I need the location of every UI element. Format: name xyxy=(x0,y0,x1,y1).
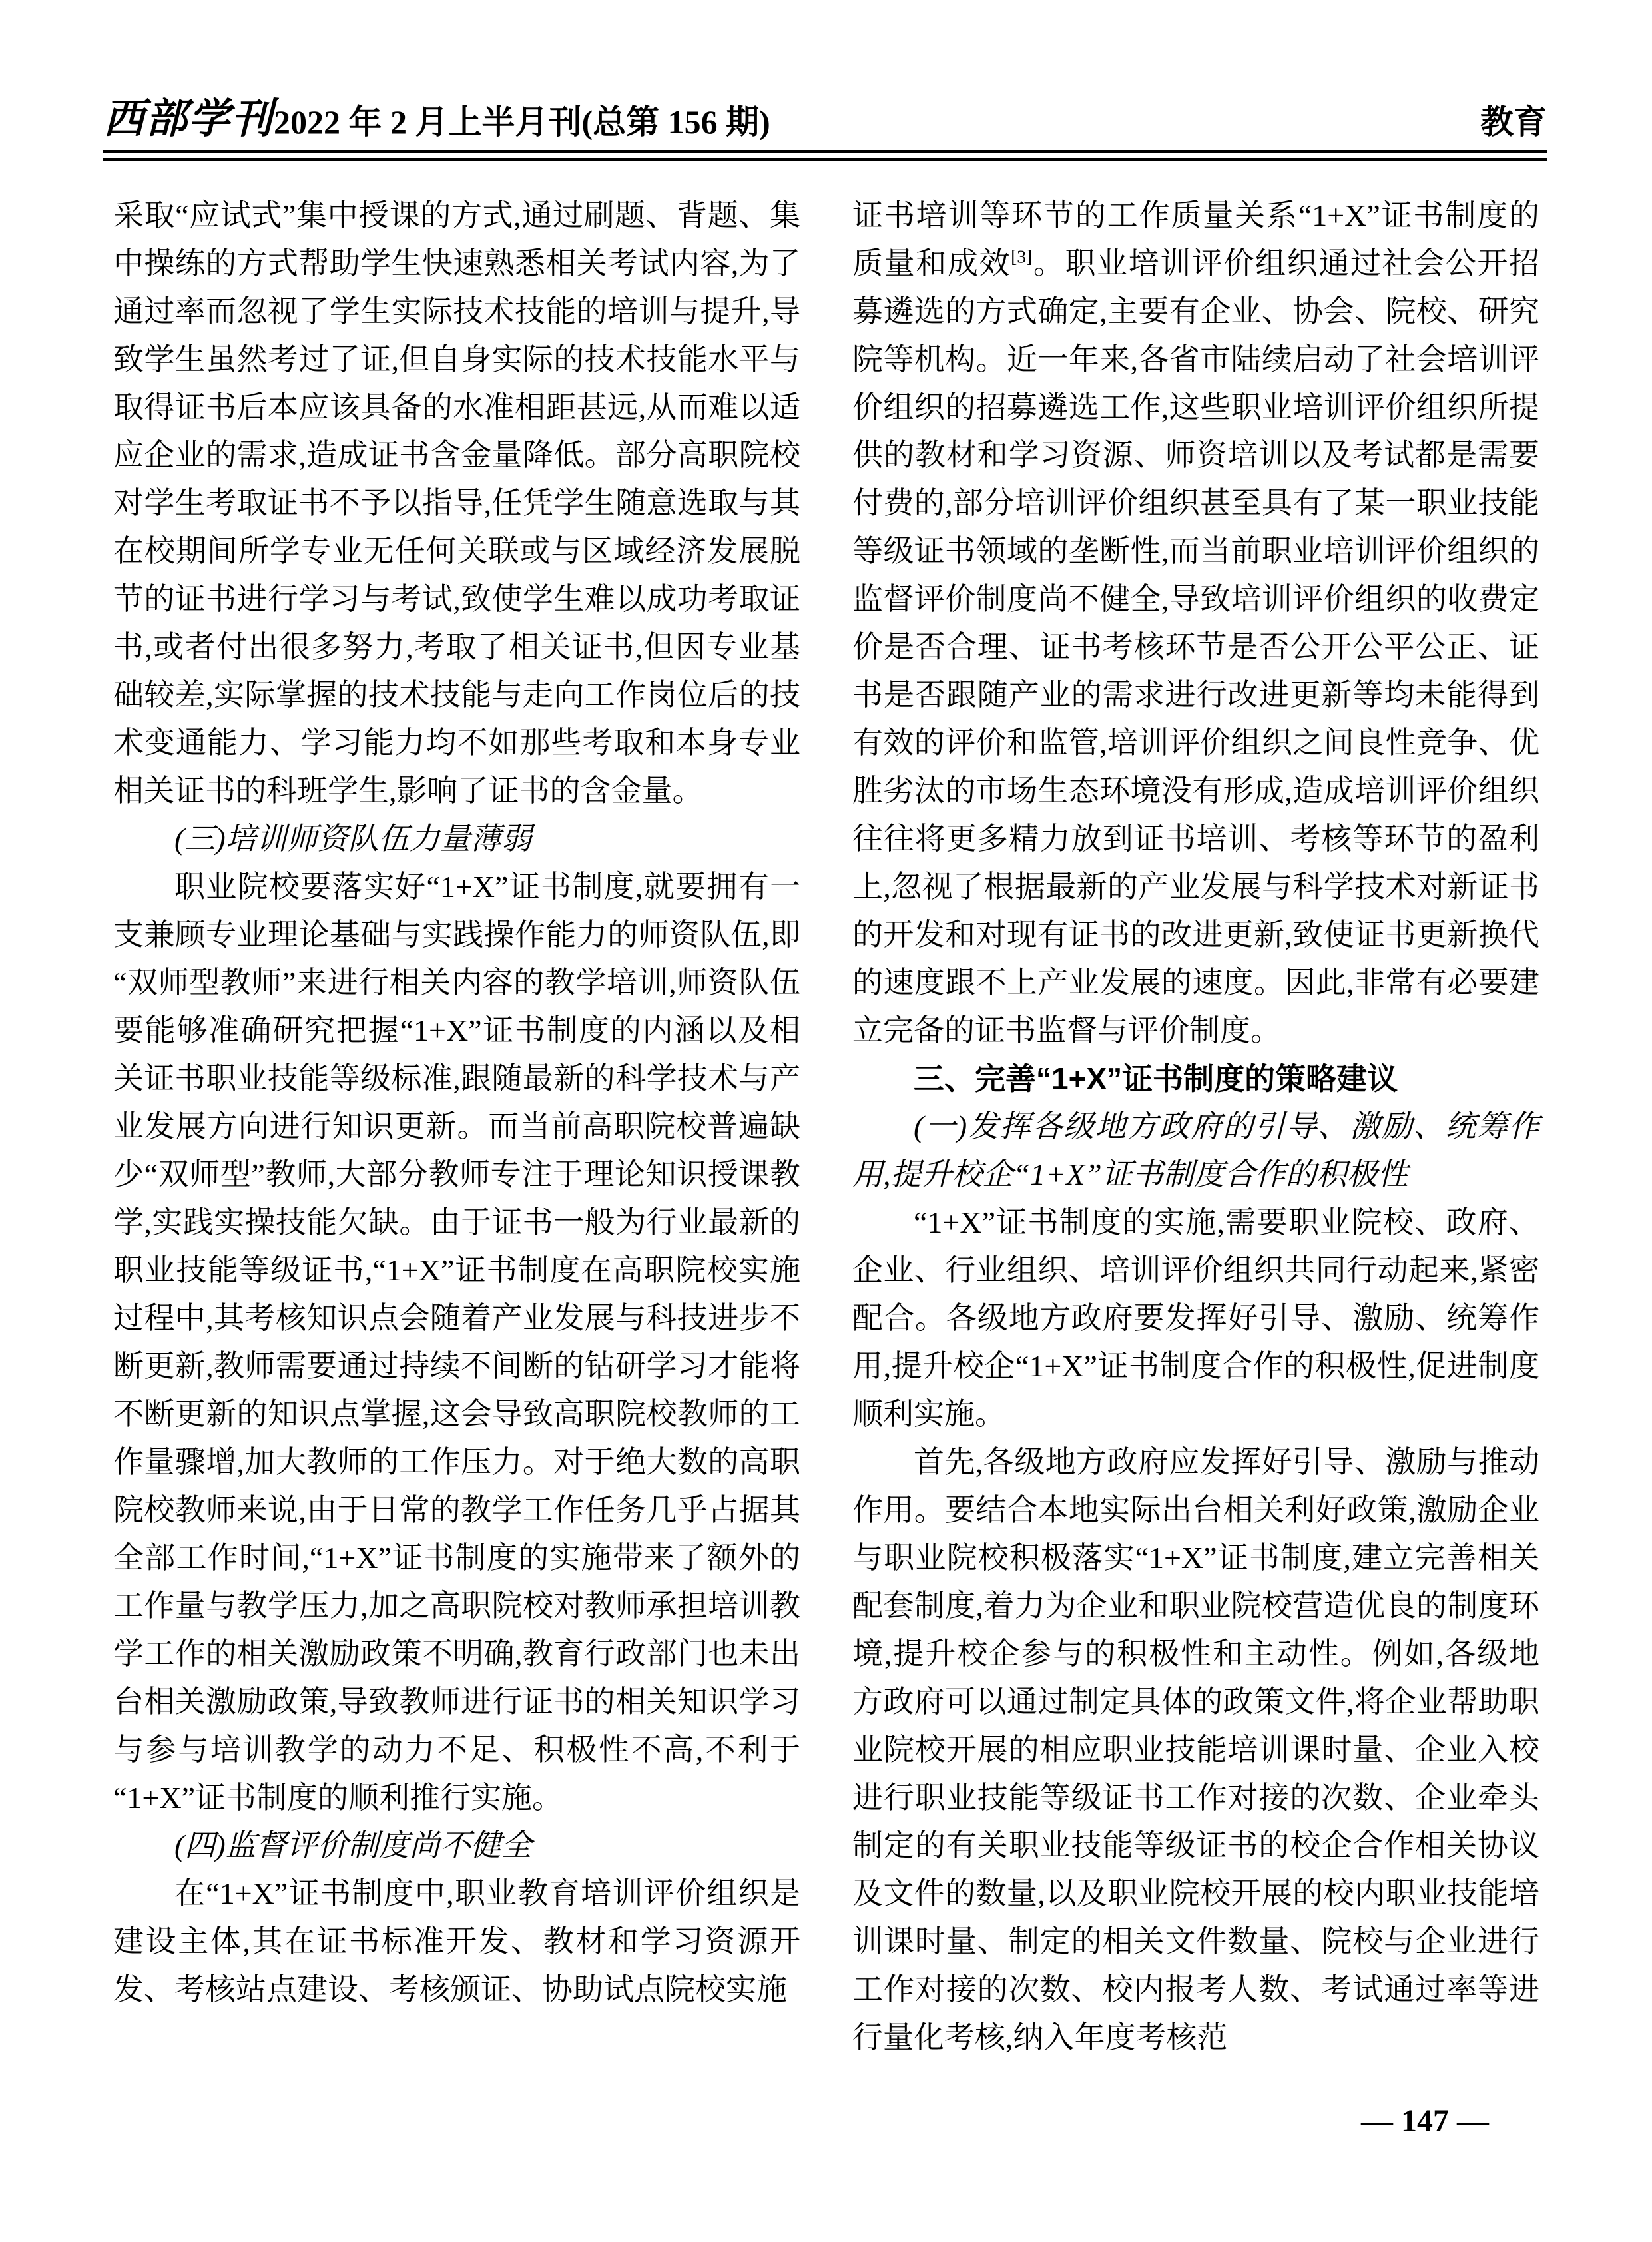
page-header: 西部学刊2022 年 2 月上半月刊(总第 156 期) 教育 xyxy=(103,99,1547,161)
header-left: 西部学刊2022 年 2 月上半月刊(总第 156 期) xyxy=(103,99,770,140)
left-column: 采取“应试式”集中授课的方式,通过刷题、背题、集中操练的方式帮助学生快速熟悉相关… xyxy=(113,192,800,2062)
article-body: 采取“应试式”集中授课的方式,通过刷题、背题、集中操练的方式帮助学生快速熟悉相关… xyxy=(113,192,1539,2062)
header-row: 西部学刊2022 年 2 月上半月刊(总第 156 期) 教育 xyxy=(103,99,1547,140)
issue-info: 2022 年 2 月上半月刊(总第 156 期) xyxy=(274,105,770,140)
paragraph: 首先,各级地方政府应发挥好引导、激励与推动作用。要结合本地实际出台相关利好政策,… xyxy=(852,1438,1539,2062)
paragraph: “1+X”证书制度的实施,需要职业院校、政府、企业、行业组织、培训评价组织共同行… xyxy=(852,1199,1539,1438)
paragraph-continuation: 证书培训等环节的工作质量关系“1+X”证书制度的质量和成效[3]。职业培训评价组… xyxy=(852,192,1539,1055)
citation-marker: [3] xyxy=(1011,246,1032,267)
subsection-heading-four: (四)监督评价制度尚不健全 xyxy=(113,1822,800,1870)
section-label: 教育 xyxy=(1480,105,1547,140)
header-double-rule xyxy=(103,150,1547,161)
paragraph: 职业院校要落实好“1+X”证书制度,就要拥有一支兼顾专业理论基础与实践操作能力的… xyxy=(113,863,800,1822)
paragraph: 在“1+X”证书制度中,职业教育培训评价组织是建设主体,其在证书标准开发、教材和… xyxy=(113,1870,800,2014)
subsection-heading-three: (三)培训师资队伍力量薄弱 xyxy=(113,815,800,863)
text-after-citation: 。职业培训评价组织通过社会公开招募遴选的方式确定,主要有企业、协会、院校、研究院… xyxy=(852,246,1539,1047)
paragraph-continuation: 采取“应试式”集中授课的方式,通过刷题、背题、集中操练的方式帮助学生快速熟悉相关… xyxy=(113,192,800,815)
page-number: — 147 — xyxy=(1305,2103,1545,2139)
right-column: 证书培训等环节的工作质量关系“1+X”证书制度的质量和成效[3]。职业培训评价组… xyxy=(852,192,1539,2062)
section-heading: 三、完善“1+X”证书制度的策略建议 xyxy=(852,1055,1539,1103)
subsection-heading-one: (一)发挥各级地方政府的引导、激励、统筹作用,提升校企“1+X”证书制度合作的积… xyxy=(852,1103,1539,1199)
journal-logo: 西部学刊 xyxy=(103,99,274,140)
